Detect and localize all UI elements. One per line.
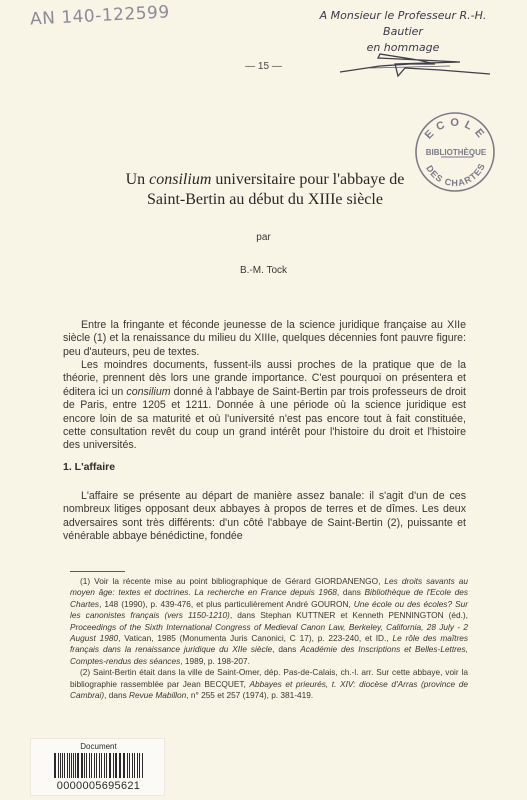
barcode-icon xyxy=(54,753,144,778)
footnote-1: (1) Voir la récente mise au point biblio… xyxy=(70,576,468,667)
article-title: Un consilium universitaire pour l'abbaye… xyxy=(60,170,470,210)
author-name: B.-M. Tock xyxy=(0,265,527,276)
document-page: AN 140-122599 A Monsieur le Professeur R… xyxy=(0,0,527,800)
footnote-divider xyxy=(70,571,125,572)
handwritten-shelfmark: AN 140-122599 xyxy=(30,2,171,29)
footnotes: (1) Voir la récente mise au point biblio… xyxy=(70,576,468,701)
barcode-label: Document 0000005695621 xyxy=(30,738,165,796)
handwritten-dedication: A Monsieur le Professeur R.-H. Bautier e… xyxy=(298,8,508,56)
paragraph-3: L'affaire se présente au départ de maniè… xyxy=(63,490,466,544)
barcode-title: Document xyxy=(31,742,166,751)
dedication-line-1: A Monsieur le Professeur R.-H. Bautier xyxy=(298,8,508,40)
title-line-2: Saint-Bertin au début du XIIIe siècle xyxy=(60,190,470,210)
barcode-number: 0000005695621 xyxy=(31,780,166,792)
svg-text:BIBLIOTHÈQUE: BIBLIOTHÈQUE xyxy=(426,148,487,157)
byline-par: par xyxy=(0,232,527,243)
paragraph-2: Les moindres documents, fussent-ils auss… xyxy=(63,359,466,453)
section-heading: 1. L'affaire xyxy=(63,461,115,473)
page-number: — 15 — xyxy=(0,61,527,72)
paragraph-1: Entre la fringante et féconde jeunesse d… xyxy=(63,319,466,359)
title-line-1: Un consilium universitaire pour l'abbaye… xyxy=(60,170,470,190)
footnote-2: (2) Saint-Bertin était dans la ville de … xyxy=(70,667,468,701)
title-italic-word: consilium xyxy=(149,171,211,188)
